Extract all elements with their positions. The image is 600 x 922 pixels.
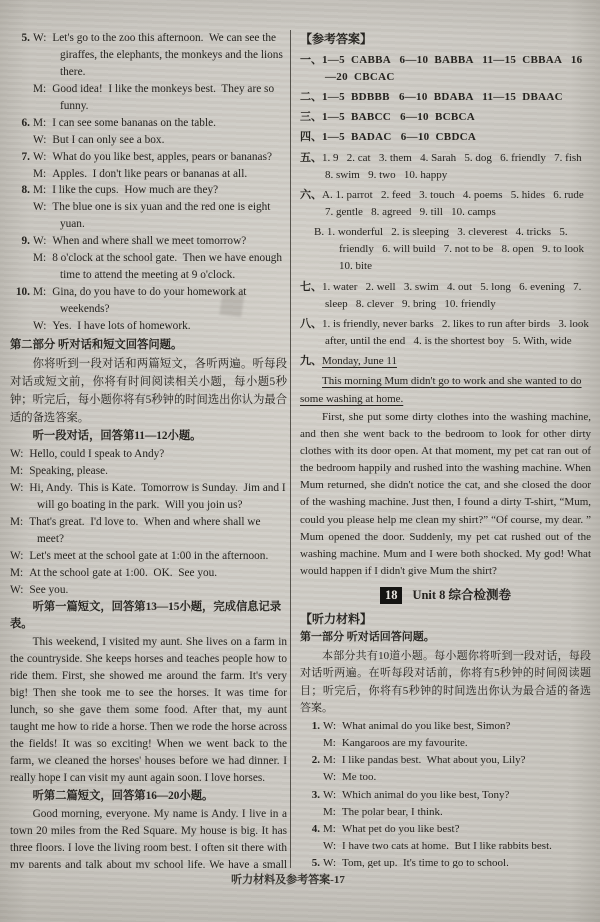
dialog-line: W:When and where shall we meet tomorrow? bbox=[33, 233, 287, 250]
dialog-item: 2. M:I like pandas best. What about you,… bbox=[300, 752, 591, 786]
dialog-item: 5. W:Let's go to the zoo this afternoon.… bbox=[10, 30, 287, 115]
speaker-label: W: bbox=[323, 857, 336, 868]
dialog-text: Tom, get up. It's time to go to school. bbox=[342, 857, 509, 868]
unit-heading: 18Unit 8 综合检测卷 bbox=[300, 586, 591, 606]
dialog-line: M:I can see some bananas on the table. bbox=[33, 115, 287, 132]
dialog-text: I can see some bananas on the table. bbox=[52, 117, 216, 129]
passage-text: Good morning, everyone. My name is Andy.… bbox=[10, 806, 287, 868]
answer-line: 八、1. is friendly, never barks 2. likes t… bbox=[300, 316, 591, 350]
speaker-label: M: bbox=[33, 286, 46, 298]
unit-number-badge: 18 bbox=[380, 587, 403, 604]
answer-marker: 一、 bbox=[300, 54, 322, 66]
dialog-text: What do you like best, apples, pears or … bbox=[52, 151, 272, 163]
dialog-text: I have two cats at home. But I like rabb… bbox=[342, 840, 552, 852]
dialog-line: M:Apples. I don't like pears or bananas … bbox=[33, 166, 287, 183]
dialog-item: 9. W:When and where shall we meet tomorr… bbox=[10, 233, 287, 284]
dialog-item: 3. W:Which animal do you like best, Tony… bbox=[300, 787, 591, 821]
speaker-label: W: bbox=[323, 720, 336, 732]
speaker-label: W: bbox=[33, 32, 46, 44]
answer-line: 六、A. 1. parrot 2. feed 3. touch 4. poems… bbox=[300, 187, 591, 221]
page-footer: 听力材料及参考答案-17 bbox=[0, 871, 576, 887]
dialog-line: W:Which animal do you like best, Tony? bbox=[323, 787, 591, 804]
answer-line: 七、1. water 2. well 3. swim 4. out 5. lon… bbox=[300, 279, 591, 313]
part2-instructions: 你将听到一段对话和两篇短文，各听两遍。听每段对话或短文前，你将有时间阅读相关小题… bbox=[10, 355, 287, 427]
dialog-item: 10. M:Gina, do you have to do your homew… bbox=[10, 284, 287, 335]
speaker-label: W: bbox=[33, 151, 46, 163]
dialog-line: M:The polar bear, I think. bbox=[323, 804, 591, 821]
diary-opening-line: This morning Mum didn't go to work and s… bbox=[300, 373, 591, 407]
dialog-number: 1. bbox=[300, 718, 320, 735]
speaker-label: W: bbox=[323, 789, 336, 801]
listening-task-heading: 听一段对话，回答第11—12小题。 bbox=[10, 428, 287, 445]
dialog-text: Speaking, please. bbox=[29, 465, 108, 477]
dialog-text: Hi, Andy. This is Kate. Tomorrow is Sund… bbox=[29, 482, 287, 511]
speaker-label: W: bbox=[10, 482, 23, 494]
answer-line: 五、1. 9 2. cat 3. them 4. Sarah 5. dog 6.… bbox=[300, 150, 591, 184]
answer-marker: 八、 bbox=[300, 318, 322, 330]
dialog-item: 4. M:What pet do you like best? W:I have… bbox=[300, 821, 591, 855]
answer-marker: 四、 bbox=[300, 131, 322, 143]
answer-text: 1—5 BABCC 6—10 BCBCA bbox=[322, 111, 475, 123]
dialog-text: When and where shall we meet tomorrow? bbox=[52, 235, 246, 247]
dialog-line: W:Tom, get up. It's time to go to school… bbox=[323, 855, 591, 868]
answer-marker: 七、 bbox=[300, 281, 322, 293]
dialog-text: Good idea! I like the monkeys best. They… bbox=[52, 83, 277, 112]
answers-heading: 【参考答案】 bbox=[300, 30, 591, 49]
speaker-label: W: bbox=[10, 550, 23, 562]
dialog-line: W:Hello, could I speak to Andy? bbox=[10, 446, 287, 463]
dialog-text: 8 o'clock at the school gate. Then we ha… bbox=[52, 252, 285, 281]
part2-heading: 第二部分 听对话和短文回答问题。 bbox=[10, 337, 287, 354]
diary-opening-underlined: This morning Mum didn't go to work and s… bbox=[300, 375, 582, 404]
dialog-line: M:At the school gate at 1:00. OK. See yo… bbox=[10, 565, 287, 582]
answer-text: 1. is friendly, never barks 2. likes to … bbox=[322, 318, 591, 347]
dialog-number: 5. bbox=[10, 30, 30, 47]
column-divider bbox=[290, 30, 291, 868]
dialog-line: W:But I can only see a box. bbox=[33, 132, 287, 149]
answer-line: 二、1—5 BDBBB 6—10 BDABA 11—15 DBAAC bbox=[300, 89, 591, 106]
dialog-item: 6. M:I can see some bananas on the table… bbox=[10, 115, 287, 149]
dialog-text: Me too. bbox=[342, 771, 376, 783]
answer-text: A. 1. parrot 2. feed 3. touch 4. poems 5… bbox=[322, 189, 591, 218]
answer-text: B. 1. wonderful 2. is sleeping 3. clever… bbox=[314, 226, 591, 272]
speaker-label: M: bbox=[10, 516, 23, 528]
dialog-text: I like pandas best. What about you, Lily… bbox=[342, 754, 526, 766]
dialog-line: W:Yes. I have lots of homework. bbox=[33, 318, 287, 335]
dialog-text: I like the cups. How much are they? bbox=[52, 184, 218, 196]
dialog-text: Yes. I have lots of homework. bbox=[52, 320, 190, 332]
dialog-text: The polar bear, I think. bbox=[342, 806, 443, 818]
answer-marker: 九、 bbox=[300, 355, 322, 367]
dialog-line: W:What animal do you like best, Simon? bbox=[323, 718, 591, 735]
dialog-text: At the school gate at 1:00. OK. See you. bbox=[29, 567, 217, 579]
dialog-line: W:I have two cats at home. But I like ra… bbox=[323, 838, 591, 855]
dialog-number: 3. bbox=[300, 787, 320, 804]
passage-text: This weekend, I visited my aunt. She liv… bbox=[10, 634, 287, 786]
speaker-label: W: bbox=[323, 840, 336, 852]
speaker-label: M: bbox=[323, 754, 336, 766]
dialog-text: Apples. I don't like pears or bananas at… bbox=[52, 168, 247, 180]
speaker-label: M: bbox=[33, 117, 46, 129]
dialog-line: W:Let's meet at the school gate at 1:00 … bbox=[10, 548, 287, 565]
dialog-text: Hello, could I speak to Andy? bbox=[29, 448, 164, 460]
dialog-number: 10. bbox=[10, 284, 30, 301]
diary-body: First, she put some dirty clothes into t… bbox=[300, 409, 591, 581]
answer-text: 1—5 BADAC 6—10 CBDCA bbox=[322, 131, 476, 143]
speaker-label: M: bbox=[33, 168, 46, 180]
dialog-item: 1. W:What animal do you like best, Simon… bbox=[300, 718, 591, 752]
speaker-label: W: bbox=[33, 134, 46, 146]
dialog-line: W:Me too. bbox=[323, 769, 591, 786]
listening-material-heading: 【听力材料】 bbox=[300, 610, 591, 629]
answer-marker: 六、 bbox=[300, 189, 322, 201]
answer-marker: 二、 bbox=[300, 91, 322, 103]
answer-text: 1. 9 2. cat 3. them 4. Sarah 5. dog 6. f… bbox=[322, 152, 590, 181]
speaker-label: M: bbox=[10, 567, 23, 579]
dialog-line: W:Let's go to the zoo this afternoon. We… bbox=[33, 30, 287, 81]
dialog-line: M:Kangaroos are my favourite. bbox=[323, 735, 591, 752]
answer-line: 一、1—5 CABBA 6—10 BABBA 11—15 CBBAA 16—20… bbox=[300, 52, 591, 86]
dialog-item: 8. M:I like the cups. How much are they?… bbox=[10, 182, 287, 233]
dialog-number: 9. bbox=[10, 233, 30, 250]
left-column: 5. W:Let's go to the zoo this afternoon.… bbox=[10, 30, 287, 868]
dialog-text: Let's go to the zoo this afternoon. We c… bbox=[52, 32, 285, 78]
dialog-line: M:I like pandas best. What about you, Li… bbox=[323, 752, 591, 769]
answer-text: 1—5 CABBA 6—10 BABBA 11—15 CBBAA 16—20 C… bbox=[322, 54, 582, 83]
speaker-label: M: bbox=[10, 465, 23, 477]
dialog-number: 8. bbox=[10, 182, 30, 199]
dialog-text: But I can only see a box. bbox=[52, 134, 164, 146]
dialog-line: M:Good idea! I like the monkeys best. Th… bbox=[33, 81, 287, 115]
dialog-text: See you. bbox=[29, 584, 68, 596]
dialog-line: W:What do you like best, apples, pears o… bbox=[33, 149, 287, 166]
dialog-text: Which animal do you like best, Tony? bbox=[342, 789, 509, 801]
speaker-label: M: bbox=[33, 83, 46, 95]
dialog-number: 6. bbox=[10, 115, 30, 132]
dialog-text: Gina, do you have to do your homework at… bbox=[52, 286, 249, 315]
dialog-text: Kangaroos are my favourite. bbox=[342, 737, 468, 749]
answer-line: 三、1—5 BABCC 6—10 BCBCA bbox=[300, 109, 591, 126]
dialog-line: M:Speaking, please. bbox=[10, 463, 287, 480]
answer-line: B. 1. wonderful 2. is sleeping 3. clever… bbox=[314, 224, 591, 275]
dialog-text: What pet do you like best? bbox=[342, 823, 460, 835]
speaker-label: W: bbox=[33, 320, 46, 332]
dialog-number: 4. bbox=[300, 821, 320, 838]
speaker-label: W: bbox=[33, 201, 46, 213]
dialog-number: 7. bbox=[10, 149, 30, 166]
speaker-label: M: bbox=[33, 184, 46, 196]
dialog-text: That's great. I'd love to. When and wher… bbox=[29, 516, 263, 545]
dialog-line: M:Gina, do you have to do your homework … bbox=[33, 284, 287, 318]
dialog-line: M:What pet do you like best? bbox=[323, 821, 591, 838]
speaker-label: W: bbox=[33, 235, 46, 247]
speaker-label: W: bbox=[10, 584, 23, 596]
dialog-line: M:That's great. I'd love to. When and wh… bbox=[10, 514, 287, 548]
right-column: 【参考答案】 一、1—5 CABBA 6—10 BABBA 11—15 CBBA… bbox=[300, 30, 591, 868]
listening-task-heading: 听第一篇短文，回答第13—15小题，完成信息记录表。 bbox=[10, 599, 287, 633]
dialog-line: W:Hi, Andy. This is Kate. Tomorrow is Su… bbox=[10, 480, 287, 514]
part1-heading: 第一部分 听对话回答问题。 bbox=[300, 629, 591, 646]
dialog-line: M:I like the cups. How much are they? bbox=[33, 182, 287, 199]
answer-marker: 三、 bbox=[300, 111, 322, 123]
answer-text: 1—5 BDBBB 6—10 BDABA 11—15 DBAAC bbox=[322, 91, 563, 103]
answer-text: 1. water 2. well 3. swim 4. out 5. long … bbox=[322, 281, 584, 310]
speaker-label: M: bbox=[323, 806, 336, 818]
answer-marker: 五、 bbox=[300, 152, 322, 164]
dialog-number: 2. bbox=[300, 752, 320, 769]
dialog-text: The blue one is six yuan and the red one… bbox=[52, 201, 273, 230]
speaker-label: M: bbox=[33, 252, 46, 264]
dialog-text: What animal do you like best, Simon? bbox=[342, 720, 510, 732]
speaker-label: W: bbox=[323, 771, 336, 783]
speaker-label: M: bbox=[323, 823, 336, 835]
speaker-label: M: bbox=[323, 737, 336, 749]
dialog-item: 5. W:Tom, get up. It's time to go to sch… bbox=[300, 855, 591, 868]
dialog-item: 7. W:What do you like best, apples, pear… bbox=[10, 149, 287, 183]
dialog-line: M:8 o'clock at the school gate. Then we … bbox=[33, 250, 287, 284]
dialog-number: 5. bbox=[300, 855, 320, 868]
dialog-line: W:The blue one is six yuan and the red o… bbox=[33, 199, 287, 233]
dialog-text: Let's meet at the school gate at 1:00 in… bbox=[29, 550, 268, 562]
listening-task-heading: 听第二篇短文，回答第16—20小题。 bbox=[10, 788, 287, 805]
dialog-line: W:See you. bbox=[10, 582, 287, 599]
part1-instructions: 本部分共有10道小题。每小题你将听到一段对话，每段对话听两遍。在听每段对话前，你… bbox=[300, 648, 591, 718]
diary-date-line: Monday, June 11 bbox=[322, 355, 397, 367]
answer-line: 四、1—5 BADAC 6—10 CBDCA bbox=[300, 129, 591, 146]
answer-line: 九、Monday, June 11 bbox=[300, 353, 591, 370]
unit-title: Unit 8 综合检测卷 bbox=[412, 588, 511, 602]
speaker-label: W: bbox=[10, 448, 23, 460]
